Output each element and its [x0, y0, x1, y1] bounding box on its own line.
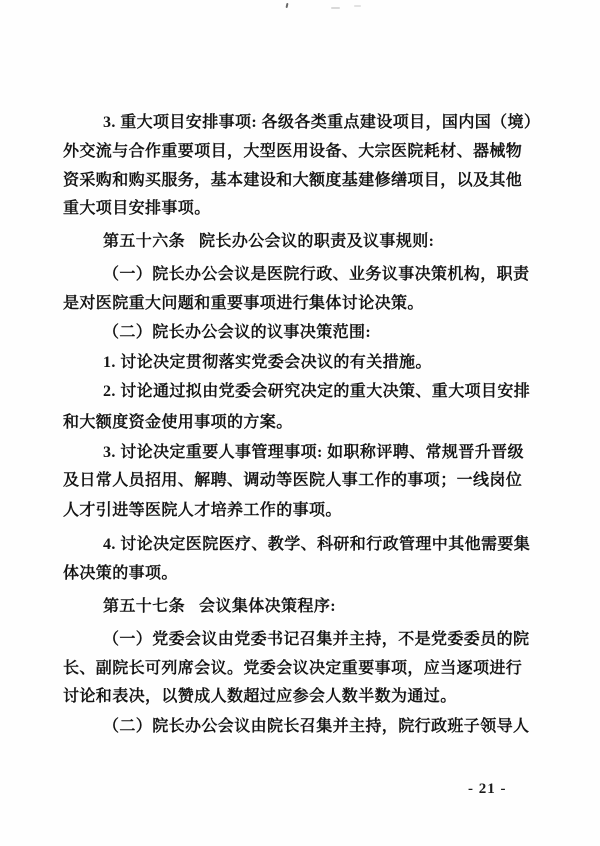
text-line: （一）院长办公会议是医院行政、业务议事决策机构，职责: [63, 263, 573, 287]
article-title: 会议集体决策程序:: [199, 598, 336, 615]
line-text: 体决策的事项。: [63, 565, 178, 582]
text-line: 资采购和购买服务，基本建设和大额度基建修缮项目，以及其他: [63, 169, 533, 193]
text-line: 外交流与合作重要项目，大型医用设备、大宗医院耗材、器械物: [63, 140, 533, 164]
text-line: （一）党委会议由党委书记召集并主持，不是党委委员的院: [63, 628, 573, 652]
scanned-document-page: 3. 重大项目安排事项: 各级各类重点建设项目，国内国（境） 外交流与合作重要项…: [0, 0, 600, 846]
line-text: （二）院长办公会议的议事决策范围:: [103, 324, 371, 341]
article-number: 第五十七条: [103, 598, 185, 615]
line-text: （一）党委会议由党委书记召集并主持，不是党委委员的院: [103, 631, 529, 648]
text-line: 3. 重大项目安排事项: 各级各类重点建设项目，国内国（境）: [63, 111, 573, 135]
article-number: 第五十六条: [103, 233, 185, 250]
line-text: 资采购和购买服务，基本建设和大额度基建修缮项目，以及其他: [63, 172, 522, 189]
line-text: （一）院长办公会议是医院行政、业务议事决策机构，职责: [103, 266, 529, 283]
text-line: （二）院长办公会议由院长召集并主持，院行政班子领导人: [63, 715, 573, 739]
line-text: 长、副院长可列席会议。党委会议决定重要事项，应当逐项进行: [63, 660, 522, 677]
line-text: 1. 讨论决定贯彻落实党委会决议的有关措施。: [103, 354, 432, 371]
scan-artifact: [286, 3, 289, 8]
text-line: 及日常人员招用、解聘、调动等医院人事工作的事项；一线岗位: [63, 469, 533, 493]
scan-artifact: [354, 5, 361, 7]
page-number: - 21 -: [468, 780, 507, 798]
line-text: 3. 讨论决定重要人事管理事项: 如职称评聘、常规晋升晋级: [103, 444, 524, 461]
line-text: 和大额度资金使用事项的方案。: [63, 414, 293, 431]
text-line: 重大项目安排事项。: [63, 197, 533, 221]
line-text: 3. 重大项目安排事项: 各级各类重点建设项目，国内国（境）: [103, 114, 540, 131]
text-line: 人才引进等医院人才培养工作的事项。: [63, 499, 533, 523]
line-text: 及日常人员招用、解聘、调动等医院人事工作的事项；一线岗位: [63, 472, 522, 489]
text-line: 2. 讨论通过拟由党委会研究决定的重大决策、重大项目安排: [63, 380, 573, 404]
line-text: 人才引进等医院人才培养工作的事项。: [63, 502, 342, 519]
line-text: 讨论和表决，以赞成人数超过应参会人数半数为通过。: [63, 688, 457, 705]
text-line: 讨论和表决，以赞成人数超过应参会人数半数为通过。: [63, 685, 533, 709]
text-line: 3. 讨论决定重要人事管理事项: 如职称评聘、常规晋升晋级: [63, 441, 573, 465]
article-57-heading: 第五十七条会议集体决策程序:: [63, 595, 573, 619]
line-text: 重大项目安排事项。: [63, 200, 211, 217]
text-line: （二）院长办公会议的议事决策范围:: [63, 321, 573, 345]
line-text: 2. 讨论通过拟由党委会研究决定的重大决策、重大项目安排: [103, 383, 530, 400]
scan-artifact: [331, 7, 340, 9]
article-56-heading: 第五十六条院长办公会议的职责及议事规则:: [63, 230, 573, 254]
text-line: 4. 讨论决定医院医疗、教学、科研和行政管理中其他需要集: [63, 533, 573, 557]
text-line: 是对医院重大问题和重要事项进行集体讨论决策。: [63, 292, 533, 316]
text-line: 体决策的事项。: [63, 562, 533, 586]
line-text: 外交流与合作重要项目，大型医用设备、大宗医院耗材、器械物: [63, 143, 522, 160]
text-line: 和大额度资金使用事项的方案。: [63, 411, 533, 435]
line-text: （二）院长办公会议由院长召集并主持，院行政班子领导人: [103, 718, 529, 735]
text-line: 1. 讨论决定贯彻落实党委会决议的有关措施。: [63, 351, 573, 375]
article-title: 院长办公会议的职责及议事规则:: [199, 233, 434, 250]
line-text: 是对医院重大问题和重要事项进行集体讨论决策。: [63, 295, 424, 312]
line-text: 4. 讨论决定医院医疗、教学、科研和行政管理中其他需要集: [103, 536, 530, 553]
text-line: 长、副院长可列席会议。党委会议决定重要事项，应当逐项进行: [63, 657, 533, 681]
